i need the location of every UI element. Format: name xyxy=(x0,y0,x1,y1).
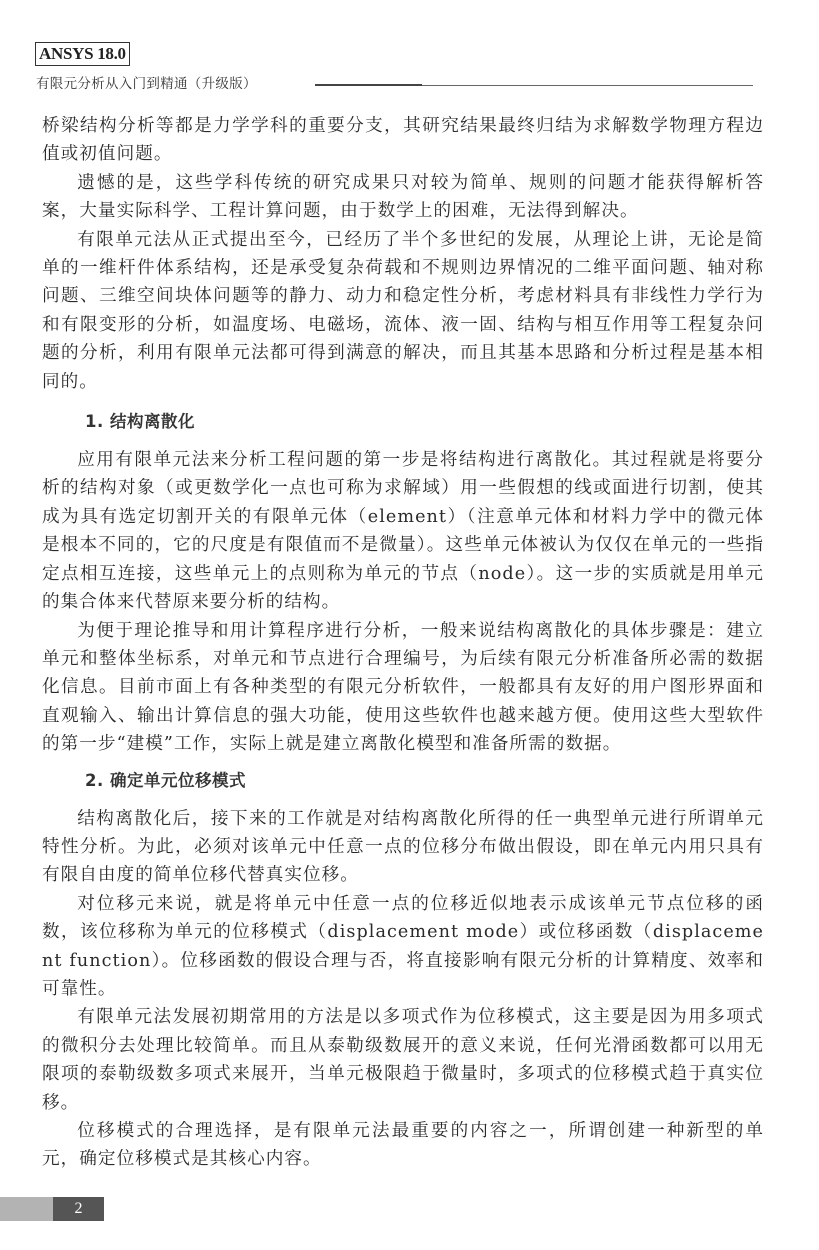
paragraph: 有限单元法从正式提出至今，已经历了半个多世纪的发展，从理论上讲，无论是简单的一维… xyxy=(42,226,764,396)
footer-bar-light xyxy=(0,1197,53,1221)
paragraph: 位移模式的合理选择，是有限单元法最重要的内容之一，所谓创建一种新型的单元，确定位… xyxy=(42,1117,764,1174)
header-rule-thin xyxy=(422,85,753,86)
page-body: 桥梁结构分析等都是力学学科的重要分支，其研究结果最终归结为求解数学物理方程边值或… xyxy=(42,112,764,1174)
paragraph: 桥梁结构分析等都是力学学科的重要分支，其研究结果最终归结为求解数学物理方程边值或… xyxy=(42,112,764,169)
paragraph: 遗憾的是，这些学科传统的研究成果只对较为简单、规则的问题才能获得解析答案，大量实… xyxy=(42,169,764,226)
paragraph: 应用有限单元法来分析工程问题的第一步是将结构进行离散化。其过程就是将要分析的结构… xyxy=(42,446,764,616)
section-heading: 2. 确定单元位移模式 xyxy=(42,767,764,795)
paragraph: 为便于理论推导和用计算程序进行分析，一般来说结构离散化的具体步骤是：建立单元和整… xyxy=(42,617,764,759)
paragraph: 有限单元法发展初期常用的方法是以多项式作为位移模式，这主要是因为用多项式的微积分… xyxy=(42,1003,764,1117)
paragraph: 对位移元来说，就是将单元中任意一点的位移近似地表示成该单元节点位移的函数，该位移… xyxy=(42,890,764,1004)
book-title: 有限元分析从入门到精通（升级版） xyxy=(36,74,257,94)
page-number: 2 xyxy=(53,1197,104,1221)
paragraph: 结构离散化后，接下来的工作就是对结构离散化所得的任一典型单元进行所谓单元特性分析… xyxy=(42,805,764,890)
section-heading: 1. 结构离散化 xyxy=(42,408,764,436)
brand-label: ANSYS 18.0 xyxy=(35,42,130,66)
header-rule-thick xyxy=(315,84,422,86)
